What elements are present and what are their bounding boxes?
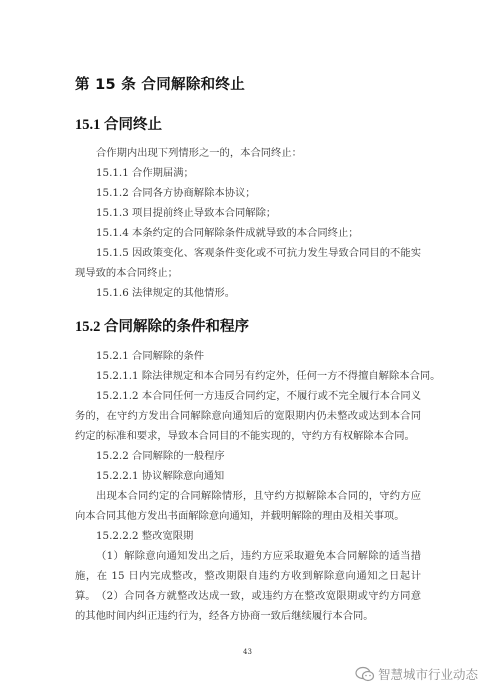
article-title: 第 15 条 合同解除和终止 (75, 73, 245, 94)
paragraph: 合作期内出现下列情形之一的，本合同终止： (75, 143, 421, 163)
paragraph: 15.1.1 合作期届满； (75, 163, 421, 183)
paragraph: 15.1.5 因政策变化、客观条件变化或不可抗力发生导致合同目的不能实现导致的本… (75, 243, 421, 283)
watermark-text: 智慧城市行业动态 (378, 665, 478, 683)
wechat-icon (355, 666, 375, 682)
paragraph: 15.2.1.1 除法律规定和本合同另有约定外，任何一方不得擅自解除本合同。 (75, 366, 421, 386)
watermark: 智慧城市行业动态 (355, 665, 478, 683)
paragraph: 15.1.2 合同各方协商解除本协议； (75, 183, 421, 203)
paragraph: 15.2.2.1 协议解除意向通知 (75, 466, 421, 486)
paragraph: 15.2.1.2 本合同任何一方违反合同约定，不履行或不完全履行本合同义务的，在… (75, 386, 421, 446)
paragraph: 15.1.3 项目提前终止导致本合同解除； (75, 203, 421, 223)
paragraph: （2）合同各方就整改达成一致，或违约方在整改宽限期或守约方同意的其他时间内纠正违… (75, 586, 421, 626)
page-number: 43 (243, 648, 252, 656)
section-heading: 15.2 合同解除的条件和程序 (75, 315, 249, 336)
paragraph: 15.1.6 法律规定的其他情形。 (75, 283, 421, 303)
paragraph: 15.2.1 合同解除的条件 (75, 346, 421, 366)
section-heading: 15.1 合同终止 (75, 113, 162, 134)
paragraph: 15.2.2.2 整改宽限期 (75, 526, 421, 546)
paragraph: 15.2.2 合同解除的一般程序 (75, 446, 421, 466)
paragraph: 15.1.4 本条约定的合同解除条件成就导致的本合同终止； (75, 223, 421, 243)
paragraph: 出现本合同约定的合同解除情形，且守约方拟解除本合同的，守约方应向本合同其他方发出… (75, 486, 421, 526)
